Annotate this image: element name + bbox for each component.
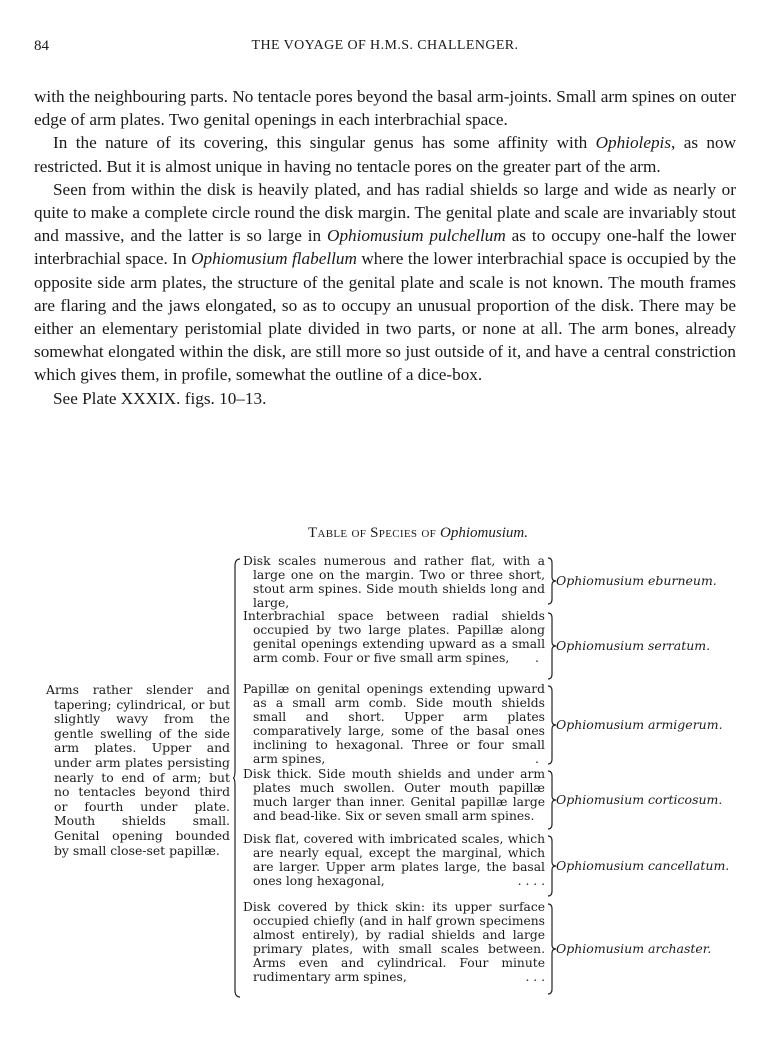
page-header: 84 THE VOYAGE OF H.M.S. CHALLENGER. (34, 38, 736, 62)
species-description: Interbrachial space between radial shiel… (243, 609, 545, 665)
leader-dots: . . . . (528, 875, 545, 889)
table-title: Table of Species of Ophiomusium. (0, 525, 776, 542)
species-description: Disk covered by thick skin: its upper su… (243, 900, 545, 984)
species-name: Ophiomusium cancellatum. (556, 858, 729, 873)
text-segment: See Plate XXXIX. figs. 10–13. (53, 389, 266, 408)
species-row: Papillæ on genital openings extending up… (243, 683, 545, 766)
text-segment: In the nature of its covering, this sing… (53, 133, 596, 152)
species-description: Disk scales numerous and rather flat, wi… (243, 554, 545, 610)
table-title-genus: Ophiomusium. (440, 525, 528, 541)
taxon-name: Ophiolepis (596, 133, 671, 152)
species-name: Ophiomusium serratum. (556, 638, 710, 653)
species-row: Disk flat, covered with imbricated scale… (243, 833, 545, 889)
running-title: THE VOYAGE OF H.M.S. CHALLENGER. (34, 38, 736, 54)
species-name: Ophiomusium archaster. (556, 941, 711, 956)
paragraph: Seen from within the disk is heavily pla… (34, 178, 736, 387)
species-row: Disk thick. Side mouth shields and under… (243, 768, 545, 824)
text-segment: with the neighbouring parts. No tentacle… (34, 87, 736, 129)
text-segment: where the lower interbrachial space is o… (34, 249, 736, 384)
paragraph: In the nature of its covering, this sing… (34, 131, 736, 177)
species-row: Interbrachial space between radial shiel… (243, 610, 545, 666)
species-description: Disk thick. Side mouth shields and under… (243, 767, 545, 823)
leader-dots: . . . (535, 971, 545, 985)
group-brace-icon (233, 558, 241, 998)
taxon-name: Ophiomusium flabellum (191, 249, 357, 268)
species-row: Disk covered by thick skin: its upper su… (243, 901, 545, 984)
species-name: Ophiomusium corticosum. (556, 792, 722, 807)
species-name: Ophiomusium eburneum. (556, 573, 717, 588)
species-description: Papillæ on genital openings extending up… (243, 682, 545, 766)
species-name: Ophiomusium armigerum. (556, 717, 723, 732)
table-title-prefix: Table of Species of (308, 525, 440, 541)
species-row: Disk scales numerous and rather flat, wi… (243, 555, 545, 611)
paragraph: with the neighbouring parts. No tentacle… (34, 85, 736, 131)
paragraph: See Plate XXXIX. figs. 10–13. (34, 387, 736, 410)
group-note: Arms rather slender and tapering; cylind… (46, 683, 230, 858)
species-description: Disk flat, covered with imbricated scale… (243, 832, 545, 888)
taxon-name: Ophiomusium pulchellum (327, 226, 506, 245)
body-text: with the neighbouring parts. No tentacle… (34, 85, 736, 410)
